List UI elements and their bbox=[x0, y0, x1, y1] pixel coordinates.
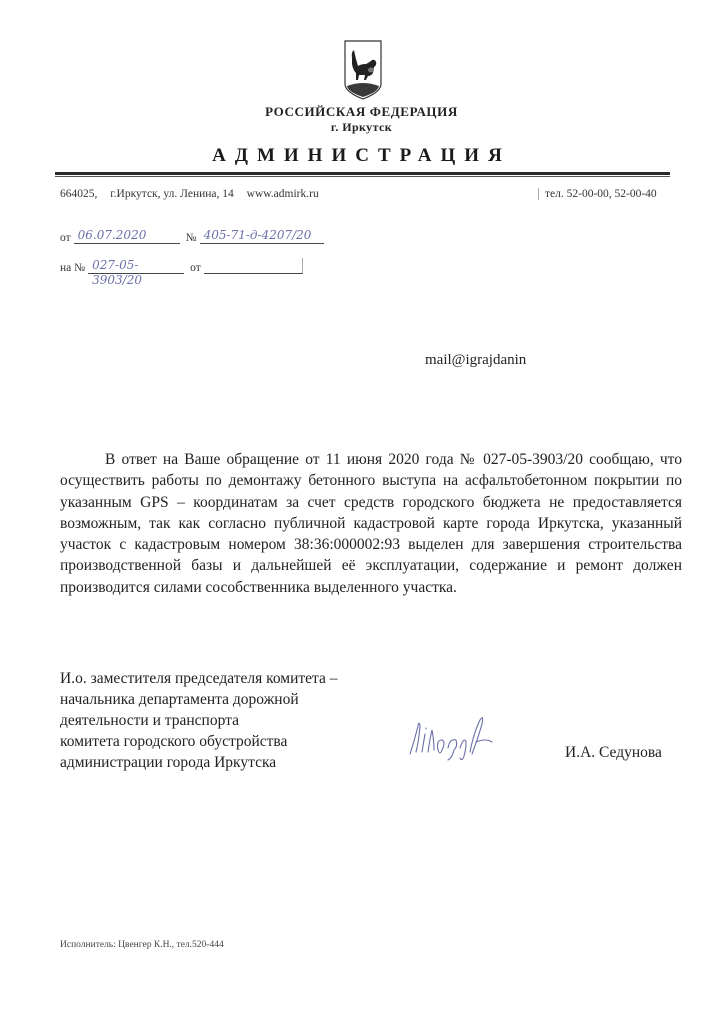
reply-number-label: на № bbox=[60, 262, 85, 274]
coat-of-arms-icon bbox=[344, 40, 382, 100]
address-line: 664025, г.Иркутск, ул. Ленина, 14 www.ad… bbox=[60, 188, 329, 200]
body-paragraph: В ответ на Ваше обращение от 11 июня 202… bbox=[60, 449, 682, 598]
executor-note: Исполнитель: Цвенгер К.Н., тел.520-444 bbox=[60, 940, 224, 950]
country-heading: РОССИЙСКАЯ ФЕДЕРАЦИЯ bbox=[0, 104, 723, 120]
website-link[interactable]: www.admirk.ru bbox=[247, 188, 319, 200]
number-label: № bbox=[186, 232, 197, 244]
from-label: от bbox=[60, 232, 71, 244]
reply-registration-row: на № 027-05-3903/20 от bbox=[60, 258, 309, 274]
organization-title: АДМИНИСТРАЦИЯ bbox=[0, 145, 723, 167]
letterhead-divider bbox=[55, 172, 670, 178]
position-line: деятельности и транспорта bbox=[60, 710, 338, 731]
recipient-email: mail@igrajdanin bbox=[425, 352, 526, 369]
outgoing-registration-row: от 06.07.2020 № 405-71-д-4207/20 bbox=[60, 228, 330, 244]
position-line: И.о. заместителя председателя комитета – bbox=[60, 668, 338, 689]
position-line: начальника департамента дорожной bbox=[60, 689, 338, 710]
position-line: комитета городского обустройства bbox=[60, 731, 338, 752]
signatory-position: И.о. заместителя председателя комитета –… bbox=[60, 668, 338, 773]
outgoing-number-field: 405-71-д-4207/20 bbox=[200, 228, 324, 244]
reply-number-field: 027-05-3903/20 bbox=[88, 258, 184, 274]
reply-from-label: от bbox=[190, 262, 201, 274]
street-address: г.Иркутск, ул. Ленина, 14 bbox=[110, 188, 234, 200]
city-heading: г. Иркутск bbox=[0, 120, 723, 135]
postal-code: 664025, bbox=[60, 188, 97, 200]
signatory-name: И.А. Седунова bbox=[565, 744, 662, 762]
position-line: администрации города Иркутска bbox=[60, 752, 338, 773]
reply-date-field bbox=[204, 258, 303, 274]
letter-body: В ответ на Ваше обращение от 11 июня 202… bbox=[60, 449, 682, 598]
outgoing-date-field: 06.07.2020 bbox=[74, 228, 180, 244]
phone-numbers: тел. 52-00-00, 52-00-40 bbox=[538, 188, 657, 200]
handwritten-signature-icon bbox=[400, 712, 520, 762]
